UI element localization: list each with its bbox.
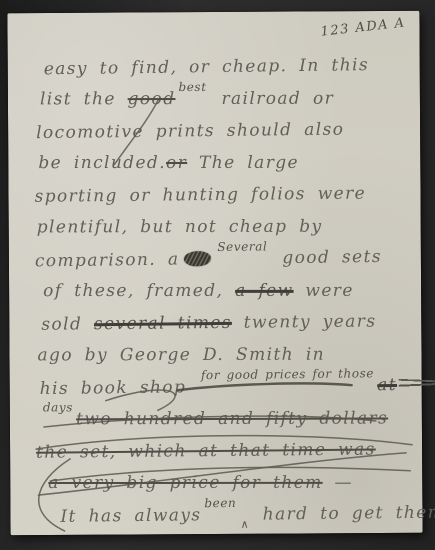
handwriting-text: hard to get them.: [251, 502, 435, 524]
handwritten-text-block: easy to find, or cheap. In thislist the …: [34, 51, 417, 535]
handwriting-text: be included.: [38, 153, 166, 173]
struck-text: several times: [94, 313, 232, 334]
manuscript-line: locomotive prints should also: [36, 114, 414, 150]
scan-background: 123 ADA A easy to find, or cheap. In thi…: [0, 0, 435, 550]
page-number-annotation: 123 ADA A: [320, 15, 406, 39]
struck-text: two hundred and fifty dollars: [76, 409, 388, 430]
handwriting-text: plentiful, but not cheap by: [37, 217, 323, 238]
handwriting-text: list the: [40, 89, 128, 109]
handwriting-text: sporting or hunting folios were: [34, 184, 366, 207]
struck-text: the set, which at that time was: [36, 439, 376, 462]
handwriting-text: locomotive prints should also: [36, 120, 344, 143]
manuscript-line: easy to find, or cheap. In this: [44, 49, 414, 86]
manuscript-line: be included.or The large: [38, 148, 414, 180]
manuscript-line: sporting or hunting folios were: [34, 178, 414, 214]
handwriting-text: railroad or: [210, 89, 335, 109]
handwriting-text: It has always: [60, 505, 201, 527]
struck-text: good: [128, 89, 176, 109]
manuscript-line: It has alwaysbeen∧ hard to get them.: [60, 498, 416, 534]
manuscript-line: comparison. aSeveral good sets: [35, 241, 415, 278]
manuscript-line: sold several times twenty years: [41, 306, 415, 342]
struck-text: at: [377, 375, 397, 395]
handwriting-text: were: [294, 281, 354, 301]
handwriting-text: sold: [41, 314, 94, 335]
manuscript-line: daystwo hundred and fifty dollars: [40, 403, 416, 436]
handwriting-text: twenty years: [232, 311, 377, 332]
handwriting-text: good sets: [270, 247, 382, 268]
struck-text: a few: [235, 281, 293, 301]
inserted-word: been: [204, 488, 236, 518]
handwriting-text: comparison. a: [35, 250, 180, 272]
struck-text: or: [166, 153, 187, 173]
handwriting-text: —: [323, 473, 353, 493]
inserted-word: for good prices for those: [201, 358, 374, 390]
manuscript-page: 123 ADA A easy to find, or cheap. In thi…: [7, 11, 422, 536]
scribbled-out-word: [183, 251, 210, 266]
struck-text: a very big price for them: [48, 473, 322, 493]
inserted-word: days: [43, 392, 73, 422]
struck-illegible-text: [399, 377, 435, 391]
manuscript-line: list the goodbest railroad or: [40, 83, 414, 116]
insertion-caret: ∧: [240, 510, 250, 540]
inserted-word: best: [178, 72, 206, 102]
manuscript-line: the set, which at that time was: [36, 434, 416, 470]
inserted-word: Several: [217, 231, 268, 262]
manuscript-line: his book shop for good prices for thosea…: [40, 370, 416, 406]
manuscript-line: of these, framed, a few were: [43, 276, 415, 308]
handwriting-text: of these, framed,: [43, 281, 235, 301]
handwriting-text: The large: [187, 153, 299, 173]
